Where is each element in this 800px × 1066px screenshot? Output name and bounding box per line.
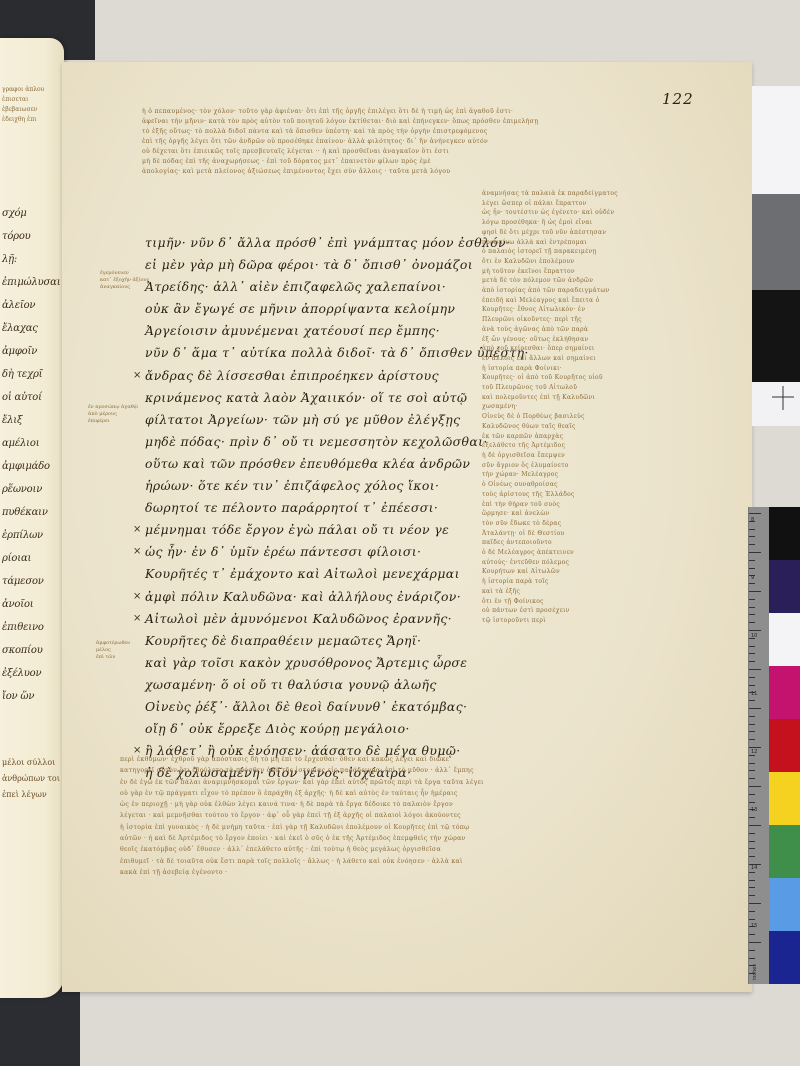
scholia-line: προφαίνω ἀλλὰ καὶ ἐντρέπομαι <box>482 238 722 248</box>
verse-line: ἀμφὶ πόλιν Καλυδῶνα· καὶ ἀλλήλους ἐνάριζ… <box>145 586 505 608</box>
scholia-line: ἀφεῖναι τὴν μῆνιν· κατὰ τὸν πρὸς αὐτὸν τ… <box>142 117 742 127</box>
ruler-tick <box>749 895 755 896</box>
verse-line: ἄνδρας δὲ λίσσεσθαι ἐπιπροέηκεν ἀρίστους <box>145 365 505 387</box>
manuscript-folio: 122 ἡ ὁ πεπαυμένος· τὸν χόλον· τοῦτο γὰρ… <box>62 62 752 992</box>
ruler-tick <box>749 560 755 561</box>
ruler-tick <box>749 669 761 670</box>
facing-page-gloss: ἐπεὶ λέγων <box>2 790 47 799</box>
facing-page-line: σχόμ <box>2 208 27 219</box>
ruler-tick <box>749 646 755 647</box>
scholia-line: οὐ πάντων ἐστὶ προσέχειν <box>482 606 722 616</box>
facing-page-line: ἔλαχας <box>2 323 38 334</box>
scholia-line: αὐτῶν · ἡ καὶ δὲ Ἀρτέμιδος τὸ ἔργον ἐποί… <box>120 833 720 844</box>
ruler-label: 12 <box>751 749 757 755</box>
scholia-line: κατηγορεῖ αὐτὸν ὅτι ἐβούλετο τὰ πρόσθεν … <box>120 765 720 776</box>
ruler-tick <box>749 786 761 787</box>
ruler-label: 13 <box>751 807 757 813</box>
ruler-label: 11 <box>751 691 757 697</box>
ruler-tick <box>749 763 755 764</box>
scholia-line: ἀνὰ τοὺς ἀγῶνας ἀπὸ τῶν παρὰ <box>482 325 722 335</box>
verse-line: νῦν δ᾽ ἅμα τ᾽ αὐτίκα πολλὰ διδοῖ· τὰ δ᾽ … <box>145 342 505 364</box>
ruler-label: 15 <box>751 923 757 929</box>
ruler-tick <box>749 817 755 818</box>
margin-gloss-line: μέλος <box>96 647 130 654</box>
scholia-line: μετὰ δὲ τὸν πόλεμον τῶν ἀνδρῶν <box>482 276 722 286</box>
scholia-line: ἀναμνήσας τὰ παλαιὰ ἐκ παραδείγματος <box>482 189 722 199</box>
main-text-block: τιμῆν· νῦν δ᾽ ἄλλα πρόσθ᾽ ἐπὶ γνάμπτας μ… <box>145 232 505 784</box>
crosshair-icon <box>770 384 796 414</box>
scholia-line: περὶ ἐκθύμων· ἐχθροῦ γὰρ ἀπόστασις δὴ τὸ… <box>120 754 720 765</box>
ruler-tick <box>749 934 755 935</box>
ruler-tick <box>749 591 761 592</box>
ruler-tick <box>749 568 755 569</box>
verse-line: Κουρῆτες δὲ διαπραθέειν μεμαῶτες Ἄρηϊ· <box>145 630 505 652</box>
ruler-tick <box>749 794 755 795</box>
ruler-tick <box>749 685 755 686</box>
color-swatch-magenta <box>769 666 800 719</box>
verse-line: χωσαμένη· ὅ οἱ οὔ τι θαλύσια γουνῷ ἀλωῆς <box>145 674 505 696</box>
verse-line: Αἰτωλοὶ μὲν ἀμυνόμενοι Καλυδῶνος ἐραννῆς… <box>145 608 505 630</box>
scholia-line: ἐν ἄλλοις ἐπὶ ἄλλων καὶ σημαίνει <box>482 354 722 364</box>
ruler-tick <box>749 661 755 662</box>
scholia-line: ὡς ἦν· τουτέστιν ὡς ἐγένετο· καὶ οὐδὲν <box>482 208 722 218</box>
scholia-line: κακὰ ἐπὶ τῇ ἀσεβείᾳ ἐγένοντο · <box>120 867 720 878</box>
facing-page-line: τάμεσον <box>2 576 44 587</box>
ruler-tick <box>749 958 755 959</box>
ruler-tick <box>749 536 755 537</box>
scholia-line: θεοῖς ἐκατόμβας οὐδ᾽ ἔθυσεν · ἀλλ᾽ ἐπελά… <box>120 844 720 855</box>
ruler-tick <box>749 552 761 553</box>
margin-gloss-line: ἀπὸ μέρους <box>88 411 138 418</box>
scholia-line: τῷ ἱστοροῦντι περὶ <box>482 616 722 626</box>
ruler-tick <box>749 677 755 678</box>
scholia-line: ὁ παλαιὸς ἰστορεῖ τῇ παρακειμένῃ <box>482 247 722 257</box>
facing-page-gloss: ἐπισεται <box>2 96 28 103</box>
facing-page-line: ἐπιθεινο <box>2 622 44 633</box>
facing-page-gloss: ἀνθρώπων τοι <box>2 774 60 783</box>
ruler-tick <box>749 583 755 584</box>
scholia-line: χωσαμένη· <box>482 402 722 412</box>
scholia-line: οὐ γὰρ ἐν τῷ πράγματι εἶχον τὸ πρέπον ὃ … <box>120 788 720 799</box>
ruler-tick <box>749 911 755 912</box>
facing-page-line: ἀλεῖον <box>2 300 35 311</box>
facing-page-line: σκοπίου <box>2 645 43 656</box>
gray-patch-white <box>752 86 800 194</box>
margin-gloss-line: ἀναγκαίους <box>100 284 149 291</box>
ruler-tick <box>749 802 755 803</box>
facing-page-line: λῇ: <box>2 254 17 265</box>
verse-line: μηδὲ πόδας· πρὶν δ᾽ οὔ τι νεμεσσητὸν κεχ… <box>145 431 505 453</box>
grayscale-target <box>752 86 800 426</box>
scholia-line: ἐν δὲ ἐγὼ ἐκ τῶν πάλαι ἀναμιμνήσκομαι τῶ… <box>120 777 720 788</box>
color-swatch-black <box>769 507 800 560</box>
ruler-tick <box>749 622 755 623</box>
scholia-line: τοὺς ἀρίστους τῆς Ἑλλάδος <box>482 490 722 500</box>
ruler-tick <box>749 919 755 920</box>
ruler-tick <box>749 724 755 725</box>
gray-patch-black <box>752 290 800 382</box>
scholia-line: ἡ ὁ πεπαυμένος· τὸν χόλον· τοῦτο γὰρ ἀφι… <box>142 107 742 117</box>
scholia-line: ἐπειδὴ καὶ Μελέαγρος καὶ ἔπειτα ὁ <box>482 296 722 306</box>
scholia-line: Οἰνεὺς δὲ ὁ Πορθέως βασιλεὺς <box>482 412 722 422</box>
facing-page-line: τόρου <box>2 231 31 242</box>
ruler-tick <box>749 513 761 514</box>
facing-page-line: δὴ τεχρῖ <box>2 369 42 380</box>
facing-page-line: ἐξέλυον <box>2 668 41 679</box>
ruler-tick <box>749 747 761 748</box>
ruler-tick <box>749 700 755 701</box>
scholia-line: ἐξελάθετο τῆς Ἀρτέμιδος <box>482 441 722 451</box>
scholia-line: λέγεται · καὶ μεμνῆσθαι τούτου τὸ ἔργον … <box>120 810 720 821</box>
ruler-tick <box>749 848 755 849</box>
scholia-line: ὡς ἐν περιοχῇ · μὴ γὰρ οὐκ ἐλθὼν λέγει κ… <box>120 799 720 810</box>
scholia-line: Κουρῆτες· ἔθνος Αἰτωλικόν· ἐν <box>482 305 722 315</box>
ruler-tick <box>749 942 761 943</box>
scholia-line: καὶ τὰ ἑξῆς <box>482 587 722 597</box>
scholia-line: οὐ δέχεται ὅτι ἐπιεικῶς τοῖς πρεσβευταῖς… <box>142 147 742 157</box>
margin-gloss-line: ἐπιφέρει <box>88 418 138 425</box>
facing-page-line: ἀμφιμάδο <box>2 461 50 472</box>
ruler-tick <box>749 716 755 717</box>
ruler-tick <box>749 833 755 834</box>
verse-line: οὐκ ἂν ἔγωγέ σε μῆνιν ἀπορρίψαντα κελοίμ… <box>145 298 505 320</box>
color-swatch-dark-indigo <box>769 560 800 613</box>
scholia-line: ἡ ἱστορία ἐπὶ γυναικὸς · ἡ δὲ μνήμη ταῦτ… <box>120 822 720 833</box>
scholia-line: ὅτι ἐν τῇ Φοίνικος <box>482 597 722 607</box>
scholia-top: ἡ ὁ πεπαυμένος· τὸν χόλον· τοῦτο γὰρ ἀφι… <box>142 107 742 177</box>
scholia-line: τὸ ἑξῆς οὕτως· τὸ πολλὰ διδοῖ πάντα καὶ … <box>142 127 742 137</box>
ruler-tick <box>749 630 761 631</box>
scholia-line: λόγω προσέθηκα· ἢ ὡς ἐμοὶ εἶναι <box>482 218 722 228</box>
facing-page: γραφοι ἀπλουἐπισεταιἐβεβαιωσενἐδειχθη ἐπ… <box>0 38 64 998</box>
scholia-line: μὴ τοῦτον ἐκεῖνοι ἔπραττον <box>482 267 722 277</box>
ruler-tick <box>749 607 755 608</box>
color-swatch-green <box>769 825 800 878</box>
facing-page-line: ἔλιξ <box>2 415 22 426</box>
facing-page-gloss: μέλοι σύλλοι <box>2 758 55 767</box>
margin-gloss: ἐν προσώπῳ ἀγαθῷἀπὸ μέρουςἐπιφέρει <box>88 404 138 425</box>
color-swatch-cyan-blue <box>769 878 800 931</box>
folio-number: 122 <box>662 90 694 108</box>
scholia-line: τὴν χώραν· Μελέαγρος <box>482 470 722 480</box>
scholia-line: ὥρμησε· καὶ ἀνελὼν <box>482 509 722 519</box>
facing-page-gloss: ἐδειχθη ἐπι <box>2 116 37 123</box>
verse-line: ὡς ἦν· ἐν δ᾽ ὑμῖν ἐρέω πάντεσσι φίλοισι· <box>145 541 505 563</box>
ruler-tick <box>749 544 755 545</box>
ruler-tick <box>749 841 755 842</box>
scholia-line: τοῦ Πλευρῶνος τοῦ Αἰτωλοῦ <box>482 383 722 393</box>
ruler-tick <box>749 950 755 951</box>
scholia-line: ἡ ἱστορία παρὰ Φοίνικι· <box>482 364 722 374</box>
facing-page-line: ἀμφοῖν <box>2 346 37 357</box>
facing-page-gloss: γραφοι ἀπλου <box>2 86 44 93</box>
color-calibration-strip: inches 89101112131415 <box>748 507 800 984</box>
facing-page-line: οἱ αὐτοί <box>2 392 42 403</box>
ruler-tick <box>749 731 755 732</box>
margin-gloss: ἀμφοτέρωθενμέλοςἐπὶ τῶν <box>96 640 130 661</box>
scholia-line: παῖδες ἀντεποιοῦντο <box>482 538 722 548</box>
scholia-line: Πλευρῶνι οἰκοῦντες· περὶ τῆς <box>482 315 722 325</box>
ruler: inches 89101112131415 <box>748 507 769 984</box>
scholia-line: σῦν ἄγριον ὃς ἐλυμαίνετο <box>482 461 722 471</box>
ruler-tick <box>749 903 761 904</box>
ruler-tick <box>749 973 755 974</box>
scholia-line: ἡ ἱστορία παρὰ τοῖς <box>482 577 722 587</box>
verse-line: Ἀργείοισιν ἀμυνέμεναι χατέουσί περ ἔμπης… <box>145 320 505 342</box>
scholia-line: Κουρήτων καὶ Αἰτωλῶν <box>482 567 722 577</box>
scholia-line: ἀπολογίας· καὶ μετὰ πλείονος ἀξιώσεως ἐπ… <box>142 167 742 177</box>
scholia-line: ἀπὸ τοῦ κείρεσθαι· ὅπερ σημαίνει <box>482 344 722 354</box>
ruler-tick <box>749 614 755 615</box>
color-swatch-blue <box>769 931 800 984</box>
ruler-tick <box>749 887 755 888</box>
scholia-line: τὸν σῦν ἔδωκε τὸ δέρας <box>482 519 722 529</box>
verse-line: εἰ μὲν γὰρ μὴ δῶρα φέροι· τὰ δ᾽ ὄπισθ᾽ ὀ… <box>145 254 505 276</box>
verse-line: οἴῃ δ᾽ οὐκ ἔρρεξε Διὸς κούρῃ μεγάλοιο· <box>145 718 505 740</box>
scholia-line: ἐπὶ τὴν θήραν τοῦ συὸς <box>482 500 722 510</box>
ruler-tick <box>749 872 755 873</box>
color-swatches <box>769 507 800 984</box>
margin-gloss-line: ἐπὶ τῶν <box>96 654 130 661</box>
color-swatch-white <box>769 613 800 666</box>
verse-line: Ἀτρείδης· ἀλλ᾽ αἰὲν ἐπιζαφελῶς χαλεπαίνο… <box>145 276 505 298</box>
verse-line: μέμνημαι τόδε ἔργον ἐγὼ πάλαι οὔ τι νέον… <box>145 519 505 541</box>
margin-gloss-line: ἐν προσώπῳ ἀγαθῷ <box>88 404 138 411</box>
ruler-label: 9 <box>751 575 754 581</box>
ruler-tick <box>749 599 755 600</box>
scholia-line: φησὶ δὲ ὅτι μέχρι τοῦ νῦν ἀπέστησαν <box>482 228 722 238</box>
margin-gloss-line: ἀμφοτέρωθεν <box>96 640 130 647</box>
verse-line: οὕτω καὶ τῶν πρόσθεν ἐπευθόμεθα κλέα ἀνδ… <box>145 453 505 475</box>
ruler-tick <box>749 778 755 779</box>
scholia-line: ὅτι ἐν Καλυδῶνι ἐπολέμουν <box>482 257 722 267</box>
scholia-bottom: περὶ ἐκθύμων· ἐχθροῦ γὰρ ἀπόστασις δὴ τὸ… <box>120 754 720 878</box>
scholia-line: αὐτούς· ἐντεῦθεν πόλεμος <box>482 558 722 568</box>
facing-page-line: ἀνοῖοι <box>2 599 34 610</box>
ruler-tick <box>749 965 755 966</box>
scholia-line: ἐξ ὧν γένους· οὕτως ἐκλήθησαν <box>482 335 722 345</box>
ruler-label: 14 <box>751 865 757 871</box>
verse-line: δωρητοί τε πέλοντο παράρρητοί τ᾽ ἐπέεσσι… <box>145 497 505 519</box>
scholia-line: καὶ πολεμοῦντες ἐπὶ τῇ Καλυδῶνι <box>482 393 722 403</box>
gray-patch-mid-gray <box>752 194 800 290</box>
scholia-line: ἐπιθυμεῖ · τὰ δὲ τοιαῦτα οὐκ ἔστι παρὰ τ… <box>120 856 720 867</box>
facing-page-line: ρίοιαι <box>2 553 31 564</box>
ruler-tick <box>749 739 755 740</box>
margin-gloss: ἐγεμόνευενκατ᾽ ἐξοχὴν ἀξίουςἀναγκαίους <box>100 270 149 291</box>
facing-page-gloss: ἐβεβαιωσεν <box>2 106 37 113</box>
margin-gloss-line: ἐγεμόνευεν <box>100 270 149 277</box>
ruler-tick <box>749 856 755 857</box>
verse-line: Οἰνεὺς ῥέξ᾽· ἄλλοι δὲ θεοὶ δαίνυνθ᾽ ἑκατ… <box>145 696 505 718</box>
ruler-label: 10 <box>751 633 757 639</box>
ruler-tick <box>749 708 761 709</box>
verse-line: φίλτατοι Ἀργείων· τῶν μὴ σύ γε μῦθον ἐλέ… <box>145 409 505 431</box>
scholia-line: Καλυδῶνος θύων ταῖς θεαῖς <box>482 422 722 432</box>
scholia-line: μὴ δὲ πόδας ἐπὶ τῆς ἀναχωρήσεως · ἐπὶ το… <box>142 157 742 167</box>
ruler-label: 8 <box>751 517 754 523</box>
ruler-tick <box>749 880 755 881</box>
facing-page-line: ρἕωνοιν <box>2 484 42 495</box>
verse-line: τιμῆν· νῦν δ᾽ ἄλλα πρόσθ᾽ ἐπὶ γνάμπτας μ… <box>145 232 505 254</box>
scholia-line: ἀπὸ ἱστορίας ἀπὸ τῶν παραδειγμάτων <box>482 286 722 296</box>
scholia-line: ἡ δὲ ὀργισθεῖσα ἔπεμψεν <box>482 451 722 461</box>
color-swatch-yellow <box>769 772 800 825</box>
ruler-tick <box>749 529 755 530</box>
facing-page-line: ἐρπίλων <box>2 530 43 541</box>
margin-gloss-line: κατ᾽ ἐξοχὴν ἀξίους <box>100 277 149 284</box>
ruler-tick <box>749 825 761 826</box>
facing-page-line: πυθέκαιν <box>2 507 48 518</box>
ruler-tick <box>749 653 755 654</box>
verse-line: καὶ γὰρ τοῖσι κακὸν χρυσόθρονος Ἄρτεμις … <box>145 652 505 674</box>
verse-line: κρινάμενος κατὰ λαὸν Ἀχαιικόν· οἵ τε σοὶ… <box>145 387 505 409</box>
scholia-line: Ἀταλάντῃ· οἱ δὲ Θεστίου <box>482 529 722 539</box>
verse-line: ἡρώων· ὅτε κέν τιν᾽ ἐπιζάφελος χόλος ἵκο… <box>145 475 505 497</box>
facing-page-line: ἐπιμώλυσαι <box>2 277 60 288</box>
scholia-line: Κουρῆτες· οἱ ἀπὸ τοῦ Κουρῆτος υἱοῦ <box>482 373 722 383</box>
scholia-line: ὁ δὲ Μελέαγρος ἀπέκτεινεν <box>482 548 722 558</box>
facing-page-line: αμέλιοι <box>2 438 39 449</box>
scholia-line: ἐπὶ τῆς ὀργῆς λέγει ὅτι τῶν ἀνδρῶν οὐ πρ… <box>142 137 742 147</box>
scholia-line: ἐκ τῶν καρπῶν ἀπαρχὰς <box>482 432 722 442</box>
scholia-right: ἀναμνήσας τὰ παλαιὰ ἐκ παραδείγματοςλέγε… <box>482 189 722 626</box>
ruler-tick <box>749 770 755 771</box>
verse-line: Κουρῆτές τ᾽ ἐμάχοντο καὶ Αἰτωλοὶ μενεχάρ… <box>145 563 505 585</box>
facing-page-line: ἴον ὥν <box>2 691 34 702</box>
scholia-line: ὁ Οἰνέως συναθροίσας <box>482 480 722 490</box>
scholia-line: λέγει ὥσπερ οἱ πάλαι ἔπραττον <box>482 199 722 209</box>
color-swatch-red <box>769 719 800 772</box>
